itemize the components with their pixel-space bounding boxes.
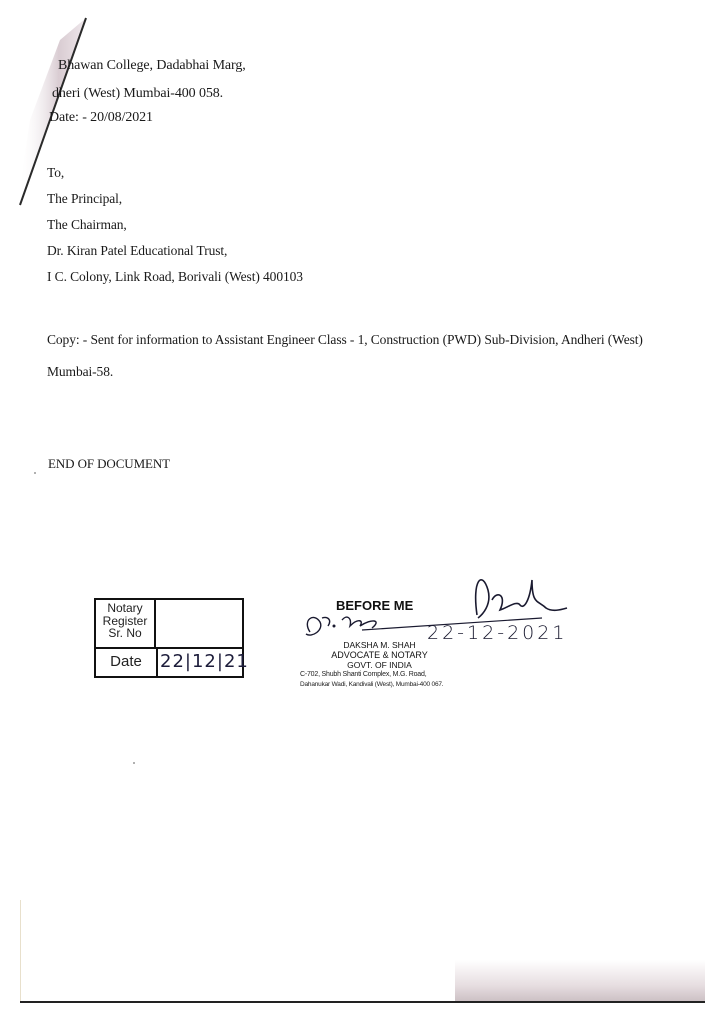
recipient-line: The Chairman, — [47, 217, 127, 233]
register-label-line: Notary — [96, 602, 154, 615]
register-date-label: Date — [96, 647, 158, 676]
register-label-line: Sr. No — [96, 627, 154, 640]
notary-address-line1: C-702, Shubh Shanti Complex, M.G. Road, — [300, 671, 426, 678]
register-serial-row: Notary Register Sr. No — [96, 600, 242, 649]
handwritten-date: 22-12-2021 — [427, 622, 567, 644]
notary-address-line2: Dahanukar Wadi, Kandivali (West), Mumbai… — [300, 681, 443, 688]
document-page: Bhawan College, Dadabhai Marg, dheri (We… — [0, 0, 724, 1024]
notary-register-box: Notary Register Sr. No Date 22|12|21 — [94, 598, 244, 678]
register-date-row: Date 22|12|21 — [96, 647, 242, 676]
sender-address-line2: dheri (West) Mumbai-400 058. — [52, 86, 223, 102]
notary-authority: GOVT. OF INDIA — [292, 660, 467, 670]
register-serial-value — [158, 600, 242, 647]
page-edge — [20, 900, 21, 1002]
recipient-line: The Principal, — [47, 191, 122, 207]
copy-notice-line2: Mumbai-58. — [47, 364, 113, 380]
notary-stamp: BEFORE ME DAKSHA M. SHAH ADVOCATE & NOTA… — [292, 560, 612, 700]
end-of-document: END OF DOCUMENT — [48, 456, 170, 472]
salutation: To, — [47, 165, 64, 181]
copy-notice-line1: Copy: - Sent for information to Assistan… — [47, 332, 643, 348]
recipient-line: Dr. Kiran Patel Educational Trust, — [47, 243, 227, 259]
speck — [34, 472, 36, 474]
stamp-header: BEFORE ME — [336, 598, 413, 613]
speck — [133, 762, 135, 764]
register-date-value: 22|12|21 — [158, 647, 242, 676]
page-bottom-edge — [20, 1001, 705, 1003]
recipient-line: I C. Colony, Link Road, Borivali (West) … — [47, 269, 303, 285]
letter-date: Date: - 20/08/2021 — [49, 110, 153, 126]
notary-title: ADVOCATE & NOTARY — [292, 650, 467, 660]
page-shadow — [455, 960, 705, 1002]
register-label: Notary Register Sr. No — [96, 600, 156, 647]
sender-address-line1: Bhawan College, Dadabhai Marg, — [58, 58, 246, 74]
